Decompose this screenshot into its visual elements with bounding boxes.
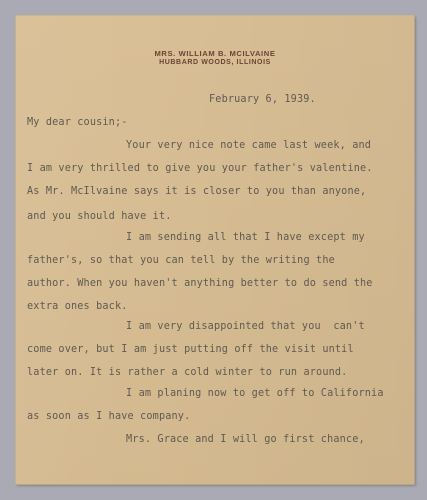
letterhead: Mrs. William B. McIlvaine Hubbard Woods,… <box>16 49 414 67</box>
letter-line: as soon as I have company. <box>27 411 190 423</box>
letter-line: later on. It is rather a cold winter to … <box>27 367 347 379</box>
letter-line: I am very disappointed that you can't <box>126 321 365 333</box>
letterhead-address: Hubbard Woods, Illinois <box>16 58 414 67</box>
letterhead-name: Mrs. William B. McIlvaine <box>16 49 414 58</box>
letter-date: February 6, 1939. <box>209 94 316 106</box>
letter-line: author. When you haven't anything better… <box>27 278 373 290</box>
letter-line: As Mr. McIlvaine says it is closer to yo… <box>27 186 366 198</box>
letter-page: Mrs. William B. McIlvaine Hubbard Woods,… <box>15 15 414 484</box>
letter-line: father's, so that you can tell by the wr… <box>27 255 335 267</box>
letter-salutation: My dear cousin;- <box>27 117 128 129</box>
letter-line: Mrs. Grace and I will go first chance, <box>126 434 365 446</box>
letter-line: I am very thrilled to give you your fath… <box>27 163 373 175</box>
letter-line: I am sending all that I have except my <box>126 232 365 244</box>
letter-line: I am planing now to get off to Californi… <box>126 388 384 400</box>
letter-line: and you should have it. <box>27 211 172 223</box>
letter-line: come over, but I am just putting off the… <box>27 344 354 356</box>
letter-line: Your very nice note came last week, and <box>126 140 371 152</box>
letter-line: extra ones back. <box>27 301 128 313</box>
